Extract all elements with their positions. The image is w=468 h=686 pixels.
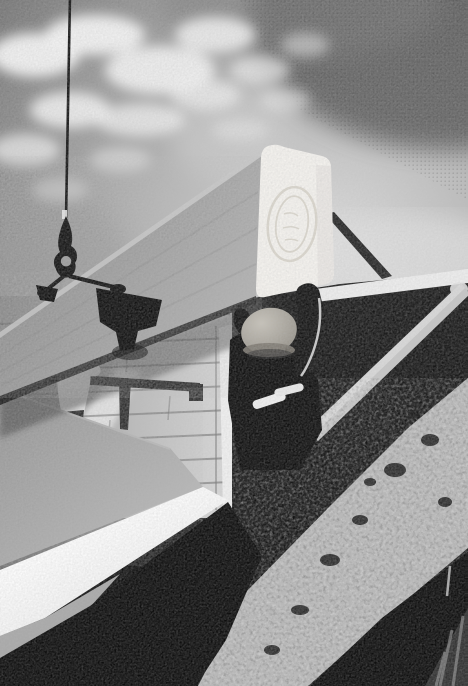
grain-overlay — [0, 0, 468, 686]
photo-canvas — [0, 0, 468, 686]
photo — [0, 0, 468, 686]
